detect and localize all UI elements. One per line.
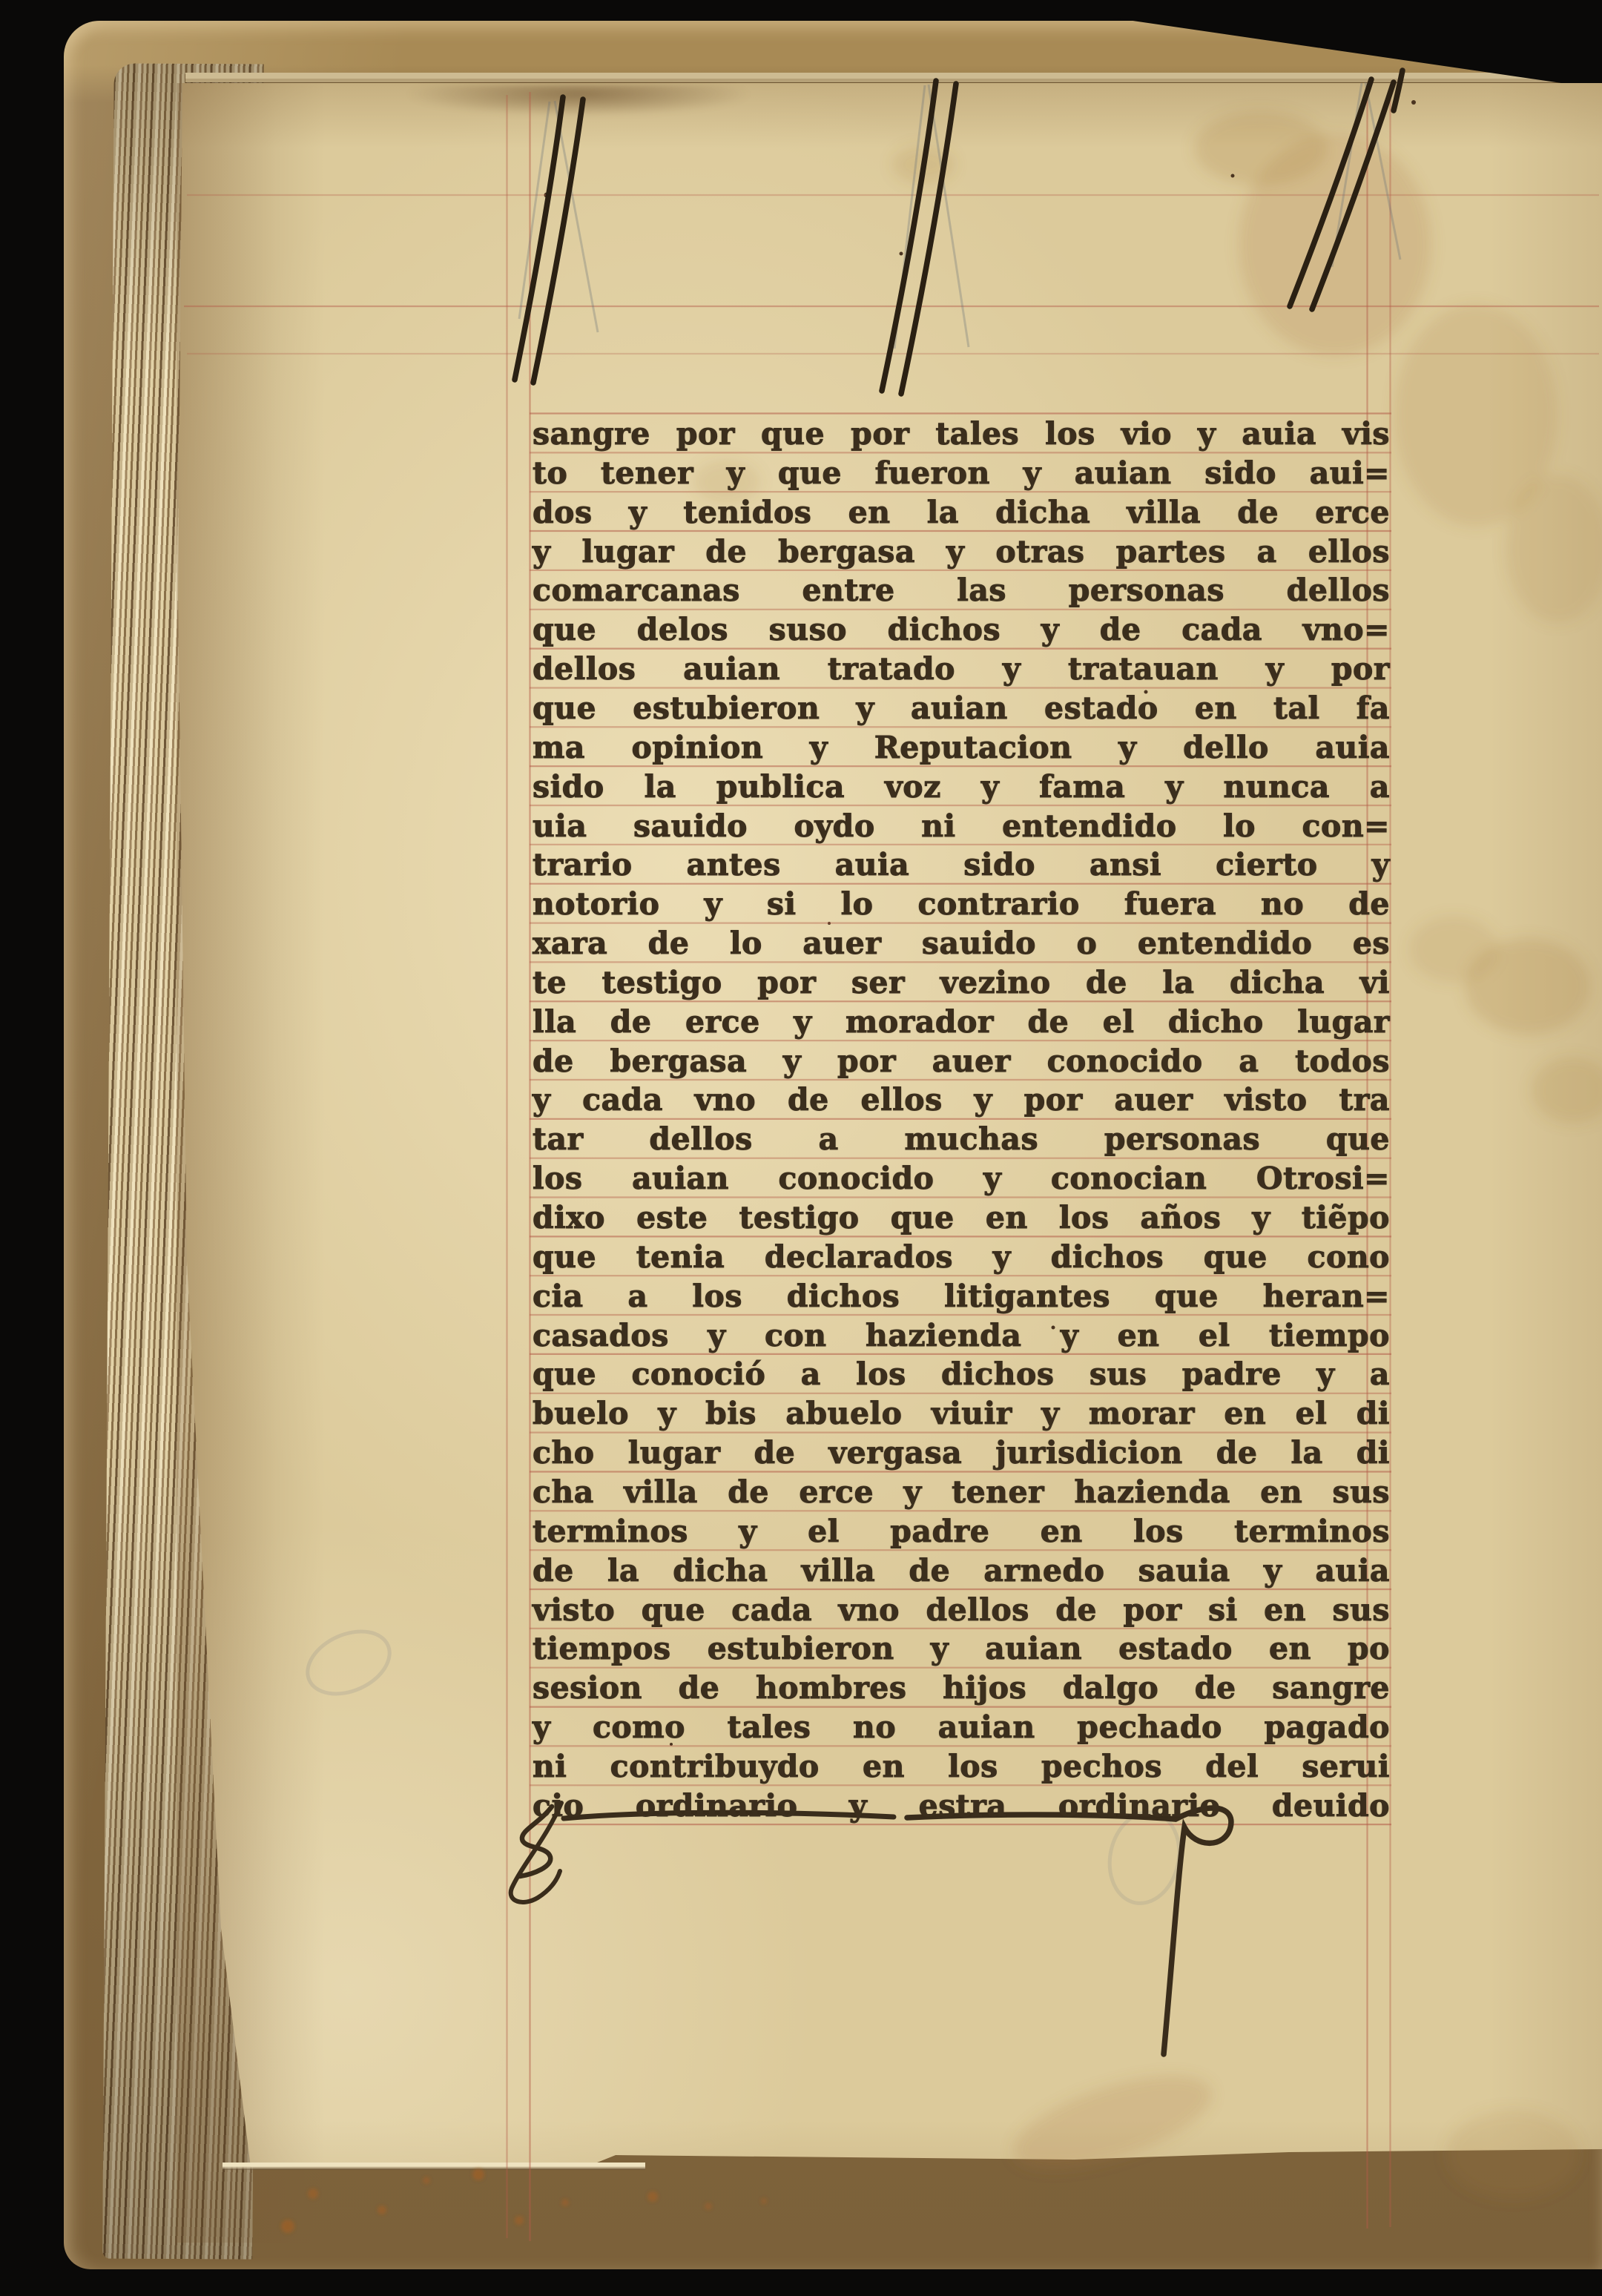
manuscript-photo: sangre por que por tales los vio y auia … <box>0 0 1602 2296</box>
manuscript-line: casados y con hazienda y en el tiempo <box>533 1316 1390 1356</box>
manuscript-line: dos y tenidos en la dicha villa de erce <box>533 493 1390 532</box>
manuscript-line: que conoció a los dichos sus padre y a <box>533 1355 1390 1394</box>
manuscript-line: xara de lo auer sauido o entendido es <box>533 924 1390 963</box>
manuscript-line: ma opinion y Reputacion y dello auia <box>533 728 1390 768</box>
manuscript-line: ni contribuydo en los pechos del serui <box>533 1747 1390 1787</box>
manuscript-line: cha villa de erce y tener hazienda en su… <box>533 1473 1390 1512</box>
manuscript-line: cho lugar de vergasa jurisdicion de la d… <box>533 1434 1390 1473</box>
manuscript-line: y lugar de bergasa y otras partes a ello… <box>533 532 1390 572</box>
manuscript-line: uia sauido oydo ni entendido lo con= <box>533 807 1390 846</box>
manuscript-line: trario antes auia sido ansi cierto y <box>533 845 1390 885</box>
manuscript-line: tar dellos a muchas personas que <box>533 1120 1390 1159</box>
manuscript-line: de la dicha villa de arnedo sauia y auia <box>533 1551 1390 1591</box>
manuscript-line: visto que cada vno dellos de por si en s… <box>533 1591 1390 1630</box>
manuscript-line: notorio y si lo contrario fuera no de <box>533 885 1390 924</box>
manuscript-line: to tener y que fueron y auian sido aui= <box>533 454 1390 493</box>
manuscript-line: lla de erce y morador de el dicho lugar <box>533 1003 1390 1042</box>
manuscript-line: dellos auian tratado y tratauan y por <box>533 650 1390 689</box>
manuscript-line: dixo este testigo que en los años y tiẽp… <box>533 1198 1390 1238</box>
manuscript-line: cio ordinario y estra ordinario deuido <box>533 1787 1390 1826</box>
manuscript-line: y cada vno de ellos y por auer visto tra <box>533 1081 1390 1120</box>
manuscript-line: de bergasa y por auer conocido a todos <box>533 1042 1390 1081</box>
manuscript-line: comarcanas entre las personas dellos <box>533 571 1390 610</box>
manuscript-line: sangre por que por tales los vio y auia … <box>533 415 1390 454</box>
manuscript-line: cia a los dichos litigantes que heran= <box>533 1277 1390 1316</box>
manuscript-line: que tenia declarados y dichos que cono <box>533 1238 1390 1277</box>
manuscript-line: terminos y el padre en los terminos <box>533 1512 1390 1551</box>
manuscript-line: tiempos estubieron y auian estado en po <box>533 1629 1390 1669</box>
manuscript-line: sido la publica voz y fama y nunca a <box>533 768 1390 807</box>
manuscript-text-block: sangre por que por tales los vio y auia … <box>0 0 1602 2296</box>
manuscript-line: buelo y bis abuelo viuir y morar en el d… <box>533 1394 1390 1434</box>
manuscript-line: te testigo por ser vezino de la dicha vi <box>533 963 1390 1003</box>
manuscript-line: que estubieron y auian estado en tal fa <box>533 689 1390 728</box>
manuscript-line: y como tales no auian pechado pagado <box>533 1708 1390 1747</box>
manuscript-line: que delos suso dichos y de cada vno= <box>533 610 1390 650</box>
manuscript-line: los auian conocido y conocian Otrosi= <box>533 1159 1390 1198</box>
manuscript-line: sesion de hombres hijos dalgo de sangre <box>533 1669 1390 1708</box>
